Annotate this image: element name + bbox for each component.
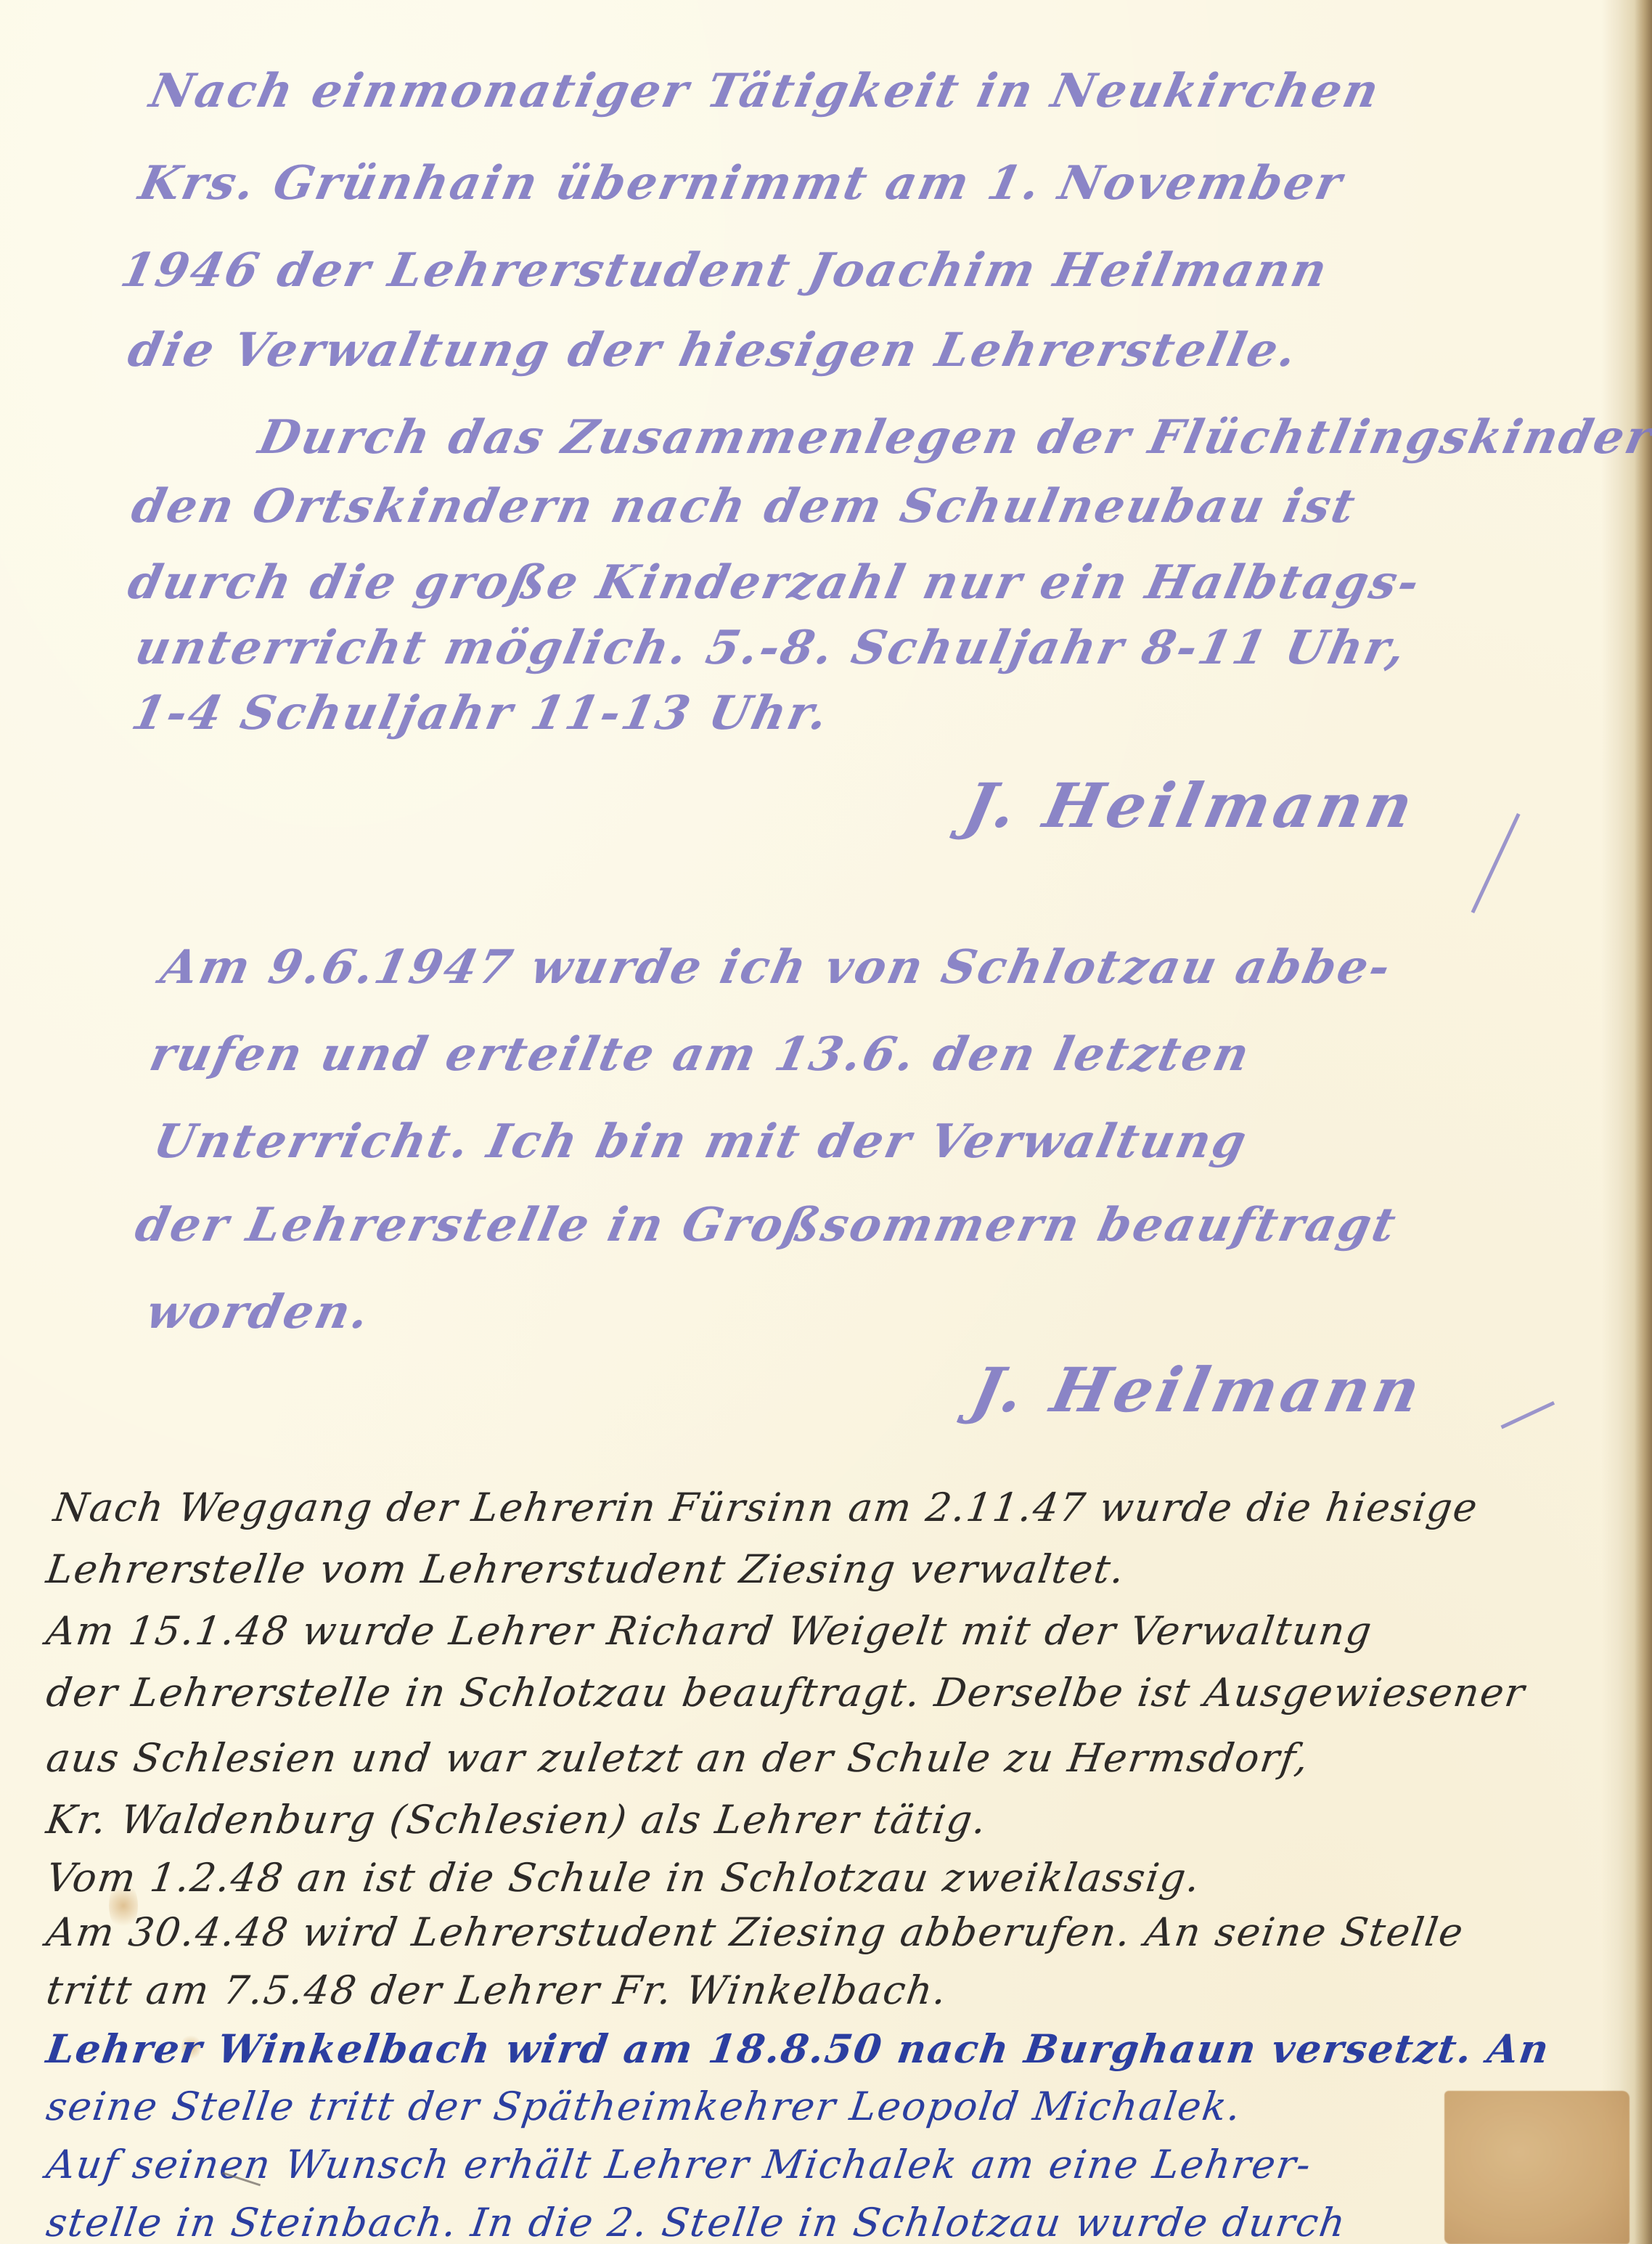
text-line: aus Schlesien und war zuletzt an der Sch…: [44, 1735, 1312, 1781]
signature-flourish: [1471, 813, 1521, 913]
text-line: stelle in Steinbach. In die 2. Stelle in…: [44, 2200, 1349, 2244]
text-line: Nach einmonatiger Tätigkeit in Neukirche…: [145, 64, 1386, 118]
text-line: 1-4 Schuljahr 11-13 Uhr.: [127, 686, 835, 740]
signature-heilmann: J. Heilmann: [965, 1354, 1431, 1426]
text-line: der Lehrerstelle in Großsommern beauftra…: [131, 1198, 1402, 1252]
signature-heilmann: J. Heilmann: [958, 770, 1423, 841]
text-line: tritt am 7.5.48 der Lehrer Fr. Winkelbac…: [44, 1967, 951, 2013]
text-line: den Ortskindern nach dem Schulneubau ist: [127, 479, 1362, 534]
text-line: Auf seinen Wunsch erhält Lehrer Michalek…: [44, 2142, 1314, 2187]
text-line: durch die große Kinderzahl nur ein Halbt…: [123, 555, 1426, 610]
text-line: Lehrer Winkelbach wird am 18.8.50 nach B…: [44, 2025, 1553, 2072]
text-line: Am 30.4.48 wird Lehrerstudent Ziesing ab…: [44, 1909, 1467, 1955]
text-line: der Lehrerstelle in Schlotzau beauftragt…: [44, 1670, 1529, 1715]
text-line: 1946 der Lehrerstudent Joachim Heilmann: [116, 243, 1334, 298]
text-line: Am 15.1.48 wurde Lehrer Richard Weigelt …: [44, 1608, 1375, 1654]
text-line: Nach Weggang der Lehrerin Fürsinn am 2.1…: [51, 1485, 1481, 1530]
text-line: Vom 1.2.48 an ist die Schule in Schlotza…: [44, 1855, 1204, 1901]
tape-stain-patch: [1444, 2091, 1629, 2244]
signature-flourish: [1500, 1401, 1555, 1429]
book-binding-edge: [1601, 0, 1652, 2244]
text-line: seine Stelle tritt der Spätheimkehrer Le…: [44, 2084, 1245, 2129]
text-line: worden.: [142, 1285, 376, 1339]
text-line: rufen und erteilte am 13.6. den letzten: [145, 1027, 1256, 1082]
text-line: Unterricht. Ich bin mit der Verwaltung: [149, 1114, 1253, 1169]
text-line: Krs. Grünhain übernimmt am 1. November: [134, 156, 1349, 211]
text-line: die Verwaltung der hiesigen Lehrerstelle…: [123, 323, 1304, 378]
text-line: unterricht möglich. 5.-8. Schuljahr 8-11…: [131, 621, 1412, 675]
chronicle-page: Nach einmonatiger Tätigkeit in Neukirche…: [0, 0, 1652, 2244]
text-line: Am 9.6.1947 wurde ich von Schlotzau abbe…: [156, 940, 1397, 995]
text-line: Durch das Zusammenlegen der Flüchtlingsk…: [254, 410, 1652, 465]
text-line: Lehrerstelle vom Lehrerstudent Ziesing v…: [44, 1546, 1129, 1592]
text-line: Kr. Waldenburg (Schlesien) als Lehrer tä…: [44, 1797, 990, 1843]
